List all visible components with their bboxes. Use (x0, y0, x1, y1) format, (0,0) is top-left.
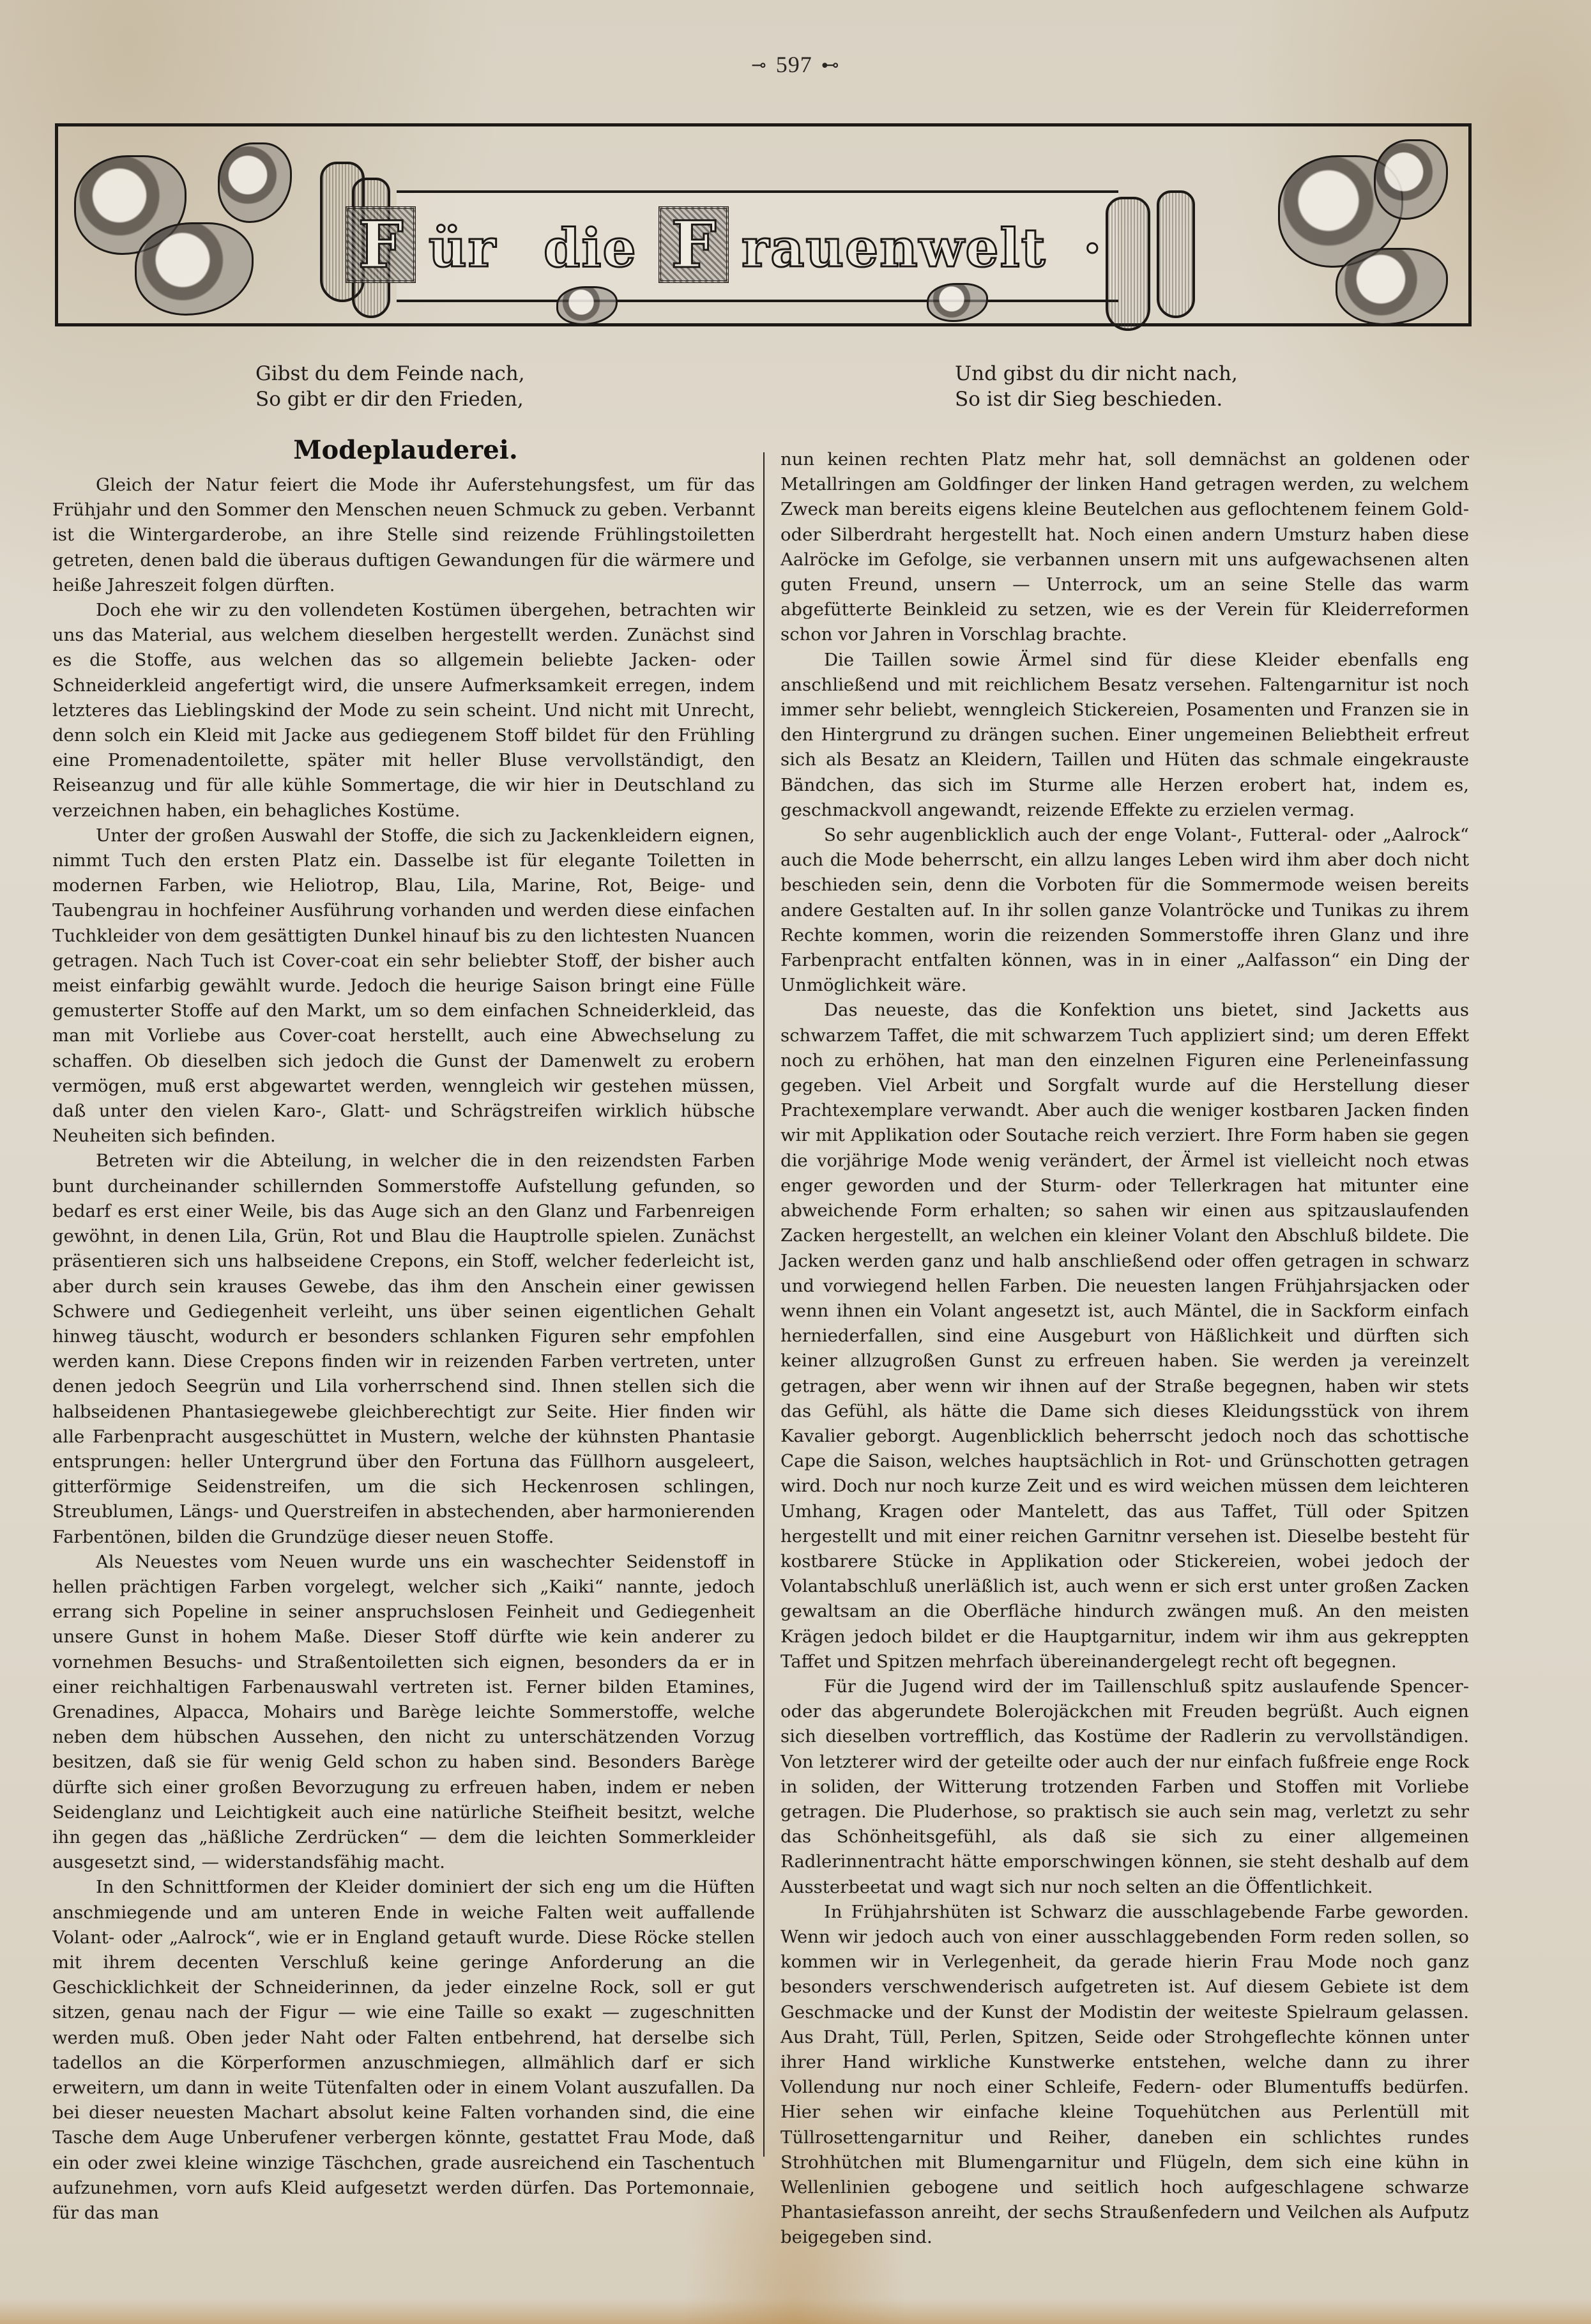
leaf-ornament-center-icon (556, 286, 618, 325)
leaf-ornament-left-icon (218, 142, 292, 223)
paragraph: So sehr augenblicklich auch der enge Vol… (780, 823, 1469, 998)
paragraph: Für die Jugend wird der im Taillenschluß… (780, 1674, 1469, 1900)
ornament-left-icon: ⊸ (751, 54, 766, 76)
decorated-initial-1: F (346, 206, 416, 283)
paragraph: Unter der großen Auswahl der Stoffe, die… (52, 823, 755, 1149)
paragraph: Das neueste, das die Konfektion uns biet… (780, 998, 1469, 1674)
paragraph: nun keinen rechten Platz mehr hat, soll … (780, 447, 1469, 648)
poem-line: Und gibst du dir nicht nach, (955, 361, 1238, 386)
page-number: ⊸597⊷ (0, 51, 1591, 78)
scroll-roll-right-icon (1106, 197, 1150, 331)
leaf-ornament-center-2-icon (927, 283, 988, 322)
page-number-value: 597 (776, 52, 812, 77)
ornament-right-icon: ⊷ (821, 54, 840, 76)
paragraph: In Frühjahrshüten ist Schwarz die aussch… (780, 1900, 1469, 2251)
leaf-ornament-right-icon (1374, 139, 1448, 220)
paragraph: In den Schnittformen der Kleider dominie… (52, 1875, 755, 2226)
banner-end-dot: · (1083, 222, 1103, 275)
leaf-ornament-right-2-icon (1336, 248, 1448, 325)
decorated-initial-2: F (658, 206, 729, 283)
poem-line: So ist dir Sieg beschieden. (955, 386, 1238, 412)
paragraph: Betreten wir die Abteilung, in welcher d… (52, 1149, 755, 1549)
poem-right: Und gibst du dir nicht nach, So ist dir … (955, 361, 1238, 412)
banner-word-die: die (544, 222, 637, 275)
paragraph: Die Taillen sowie Ärmel sind für diese K… (780, 648, 1469, 823)
section-banner: F ür die F rauenwelt · (55, 123, 1472, 326)
column-divider (763, 452, 765, 2157)
paragraph: Als Neuestes vom Neuen wurde uns ein was… (52, 1550, 755, 1876)
article-title: Modeplauderei. (54, 434, 757, 466)
article-column-left: Gleich der Natur feiert die Mode ihr Auf… (52, 473, 755, 2226)
article-column-right: nun keinen rechten Platz mehr hat, soll … (780, 447, 1469, 2251)
poem-line: So gibt er dir den Frieden, (255, 386, 525, 412)
paragraph: Doch ehe wir zu den vollendeten Kostümen… (52, 598, 755, 823)
scroll-roll-right-inner-icon (1157, 190, 1195, 318)
paragraph: Gleich der Natur feiert die Mode ihr Auf… (52, 473, 755, 598)
banner-word-fuer: ür (429, 222, 497, 275)
poem-left: Gibst du dem Feinde nach, So gibt er dir… (255, 361, 525, 412)
rose-ornament-left-2-icon (135, 222, 254, 316)
poem-line: Gibst du dem Feinde nach, (255, 361, 525, 386)
banner-word-frauenwelt: rauenwelt (742, 222, 1047, 275)
paper-stain (0, 2298, 1591, 2324)
